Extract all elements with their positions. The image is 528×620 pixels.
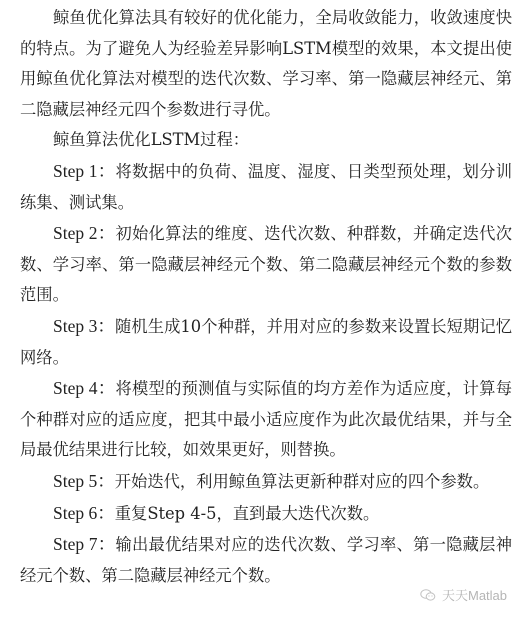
step-text: 开始迭代，利用鲸鱼算法更新种群对应的四个参数。 (115, 472, 489, 491)
intro-paragraph: 鲸鱼优化算法具有较好的优化能力，全局收敛能力，收敛速度快的特点。为了避免人为经验… (20, 3, 512, 125)
step-5: Step 5：开始迭代，利用鲸鱼算法更新种群对应的四个参数。 (20, 466, 512, 498)
step-6: Step 6：重复Step 4-5，直到最大迭代次数。 (20, 498, 512, 530)
step-label: Step 6： (53, 503, 115, 523)
step-label: Step 2： (53, 223, 116, 243)
wechat-icon (420, 588, 436, 602)
step-2: Step 2：初始化算法的维度、迭代次数、种群数，并确定迭代次数、学习率、第一隐… (20, 218, 512, 311)
step-4: Step 4：将模型的预测值与实际值的均方差作为适应度，计算每个种群对应的适应度… (20, 373, 512, 466)
step-label: Step 4： (53, 378, 116, 398)
step-label: Step 7： (53, 534, 116, 554)
step-7: Step 7：输出最优结果对应的迭代次数、学习率、第一隐藏层神经元个数、第二隐藏… (20, 529, 512, 591)
watermark-text: 天天Matlab (442, 585, 507, 604)
step-label: Step 1： (53, 161, 116, 181)
step-1: Step 1：将数据中的负荷、温度、湿度、日类型预处理，划分训练集、测试集。 (20, 156, 512, 218)
step-text: 重复Step 4-5，直到最大迭代次数。 (115, 504, 380, 523)
step-label: Step 5： (53, 471, 115, 491)
watermark: 天天Matlab (420, 585, 507, 604)
process-heading: 鲸鱼算法优化LSTM过程： (20, 125, 512, 156)
document-body: 鲸鱼优化算法具有较好的优化能力，全局收敛能力，收敛速度快的特点。为了避免人为经验… (20, 3, 512, 591)
step-3: Step 3：随机生成10个种群，并用对应的参数来设置长短期记忆网络。 (20, 311, 512, 373)
step-label: Step 3： (53, 316, 115, 336)
